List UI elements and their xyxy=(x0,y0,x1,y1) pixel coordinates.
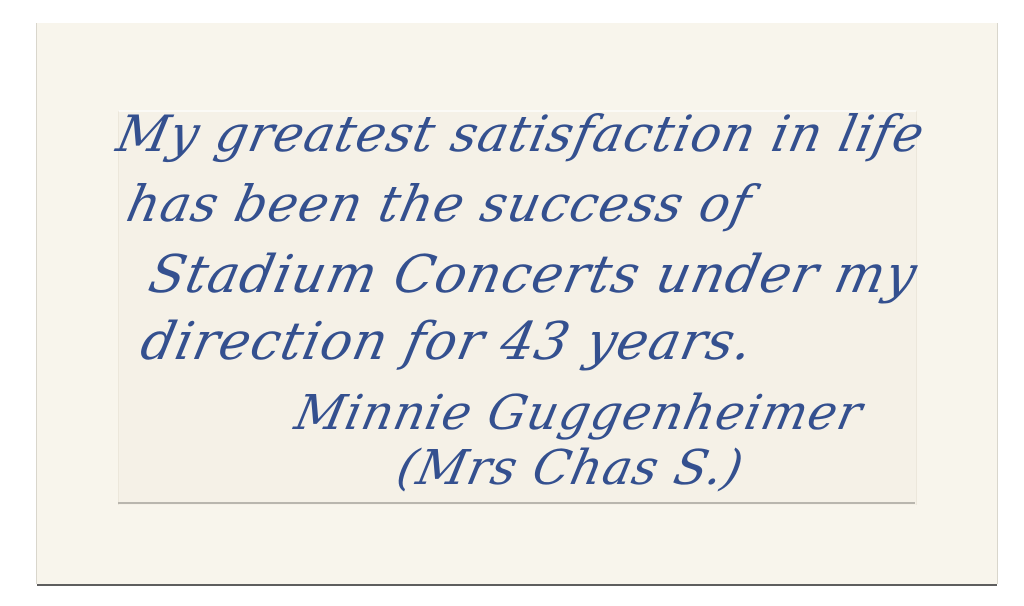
note-line-1: My greatest satisfaction in life xyxy=(112,105,930,163)
signature: Minnie Guggenheimer xyxy=(290,385,868,441)
panel-groove xyxy=(118,502,915,504)
signature-subline: (Mrs Chas S.) xyxy=(392,440,749,496)
note-line-4: direction for 43 years. xyxy=(136,312,759,372)
note-line-2: has been the success of xyxy=(122,175,757,233)
note-line-3: Stadium Concerts under my xyxy=(144,245,923,305)
